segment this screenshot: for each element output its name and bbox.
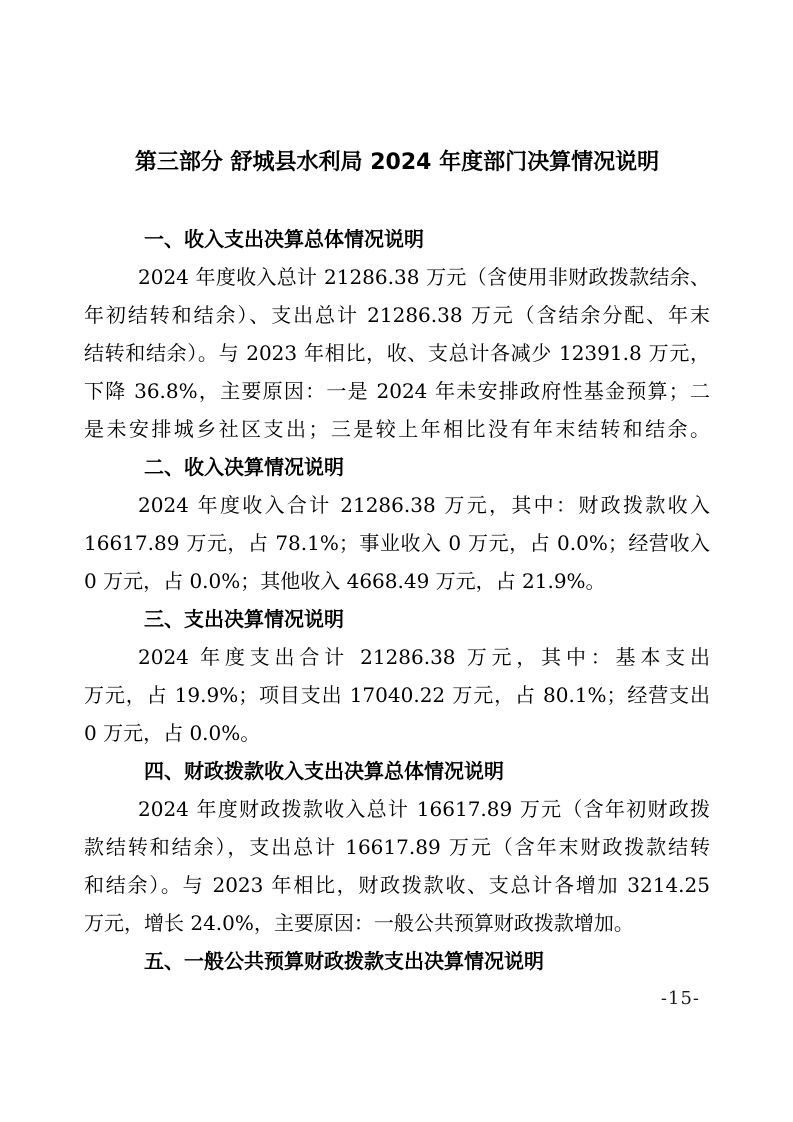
body-line: 款结转和结余），支出总计 16617.89 万元（含年末财政拨款结转 <box>84 828 710 866</box>
body-line: 年初结转和结余）、支出总计 21286.38 万元（含结余分配、年末 <box>84 296 710 334</box>
content-area: 第三部分 舒城县水利局 2024 年度部门决算情况说明 一、收入支出决算总体情况… <box>84 144 710 980</box>
document-page: 第三部分 舒城县水利局 2024 年度部门决算情况说明 一、收入支出决算总体情况… <box>0 0 793 1122</box>
body-line: 万元，增长 24.0%，主要原因：一般公共预算财政拨款增加。 <box>84 904 710 942</box>
body-line: 和结余）。与 2023 年相比，财政拨款收、支总计各增加 3214.25 <box>84 866 710 904</box>
body-line: 结转和结余）。与 2023 年相比，收、支总计各减少 12391.8 万元， <box>84 334 710 372</box>
page-number: -15- <box>661 988 700 1009</box>
body-line: 2024 年度收入总计 21286.38 万元（含使用非财政拨款结余、 <box>84 258 710 296</box>
body-line: 2024 年度财政拨款收入总计 16617.89 万元（含年初财政拨 <box>84 790 710 828</box>
section-heading-3: 三、支出决算情况说明 <box>84 600 710 638</box>
body-line: 是未安排城乡社区支出；三是较上年相比没有年末结转和结余。 <box>84 410 710 448</box>
body-line: 0 万元，占 0.0%。 <box>84 714 710 752</box>
body-line: 2024 年度支出合计 21286.38 万元，其中：基本支出 4246.16 <box>84 638 710 676</box>
body-line: 2024 年度收入合计 21286.38 万元，其中：财政拨款收入 <box>84 486 710 524</box>
section-heading-2: 二、收入决算情况说明 <box>84 448 710 486</box>
document-title: 第三部分 舒城县水利局 2024 年度部门决算情况说明 <box>84 144 710 182</box>
body-line: 下降 36.8%，主要原因：一是 2024 年未安排政府性基金预算；二 <box>84 372 710 410</box>
spacer <box>84 182 710 220</box>
body-line: 16617.89 万元，占 78.1%；事业收入 0 万元，占 0.0%；经营收… <box>84 524 710 562</box>
section-heading-1: 一、收入支出决算总体情况说明 <box>84 220 710 258</box>
body-line: 万元，占 19.9%；项目支出 17040.22 万元，占 80.1%；经营支出 <box>84 676 710 714</box>
section-heading-5: 五、一般公共预算财政拨款支出决算情况说明 <box>84 942 710 980</box>
body-line: 0 万元，占 0.0%；其他收入 4668.49 万元，占 21.9%。 <box>84 562 710 600</box>
section-heading-4: 四、财政拨款收入支出决算总体情况说明 <box>84 752 710 790</box>
